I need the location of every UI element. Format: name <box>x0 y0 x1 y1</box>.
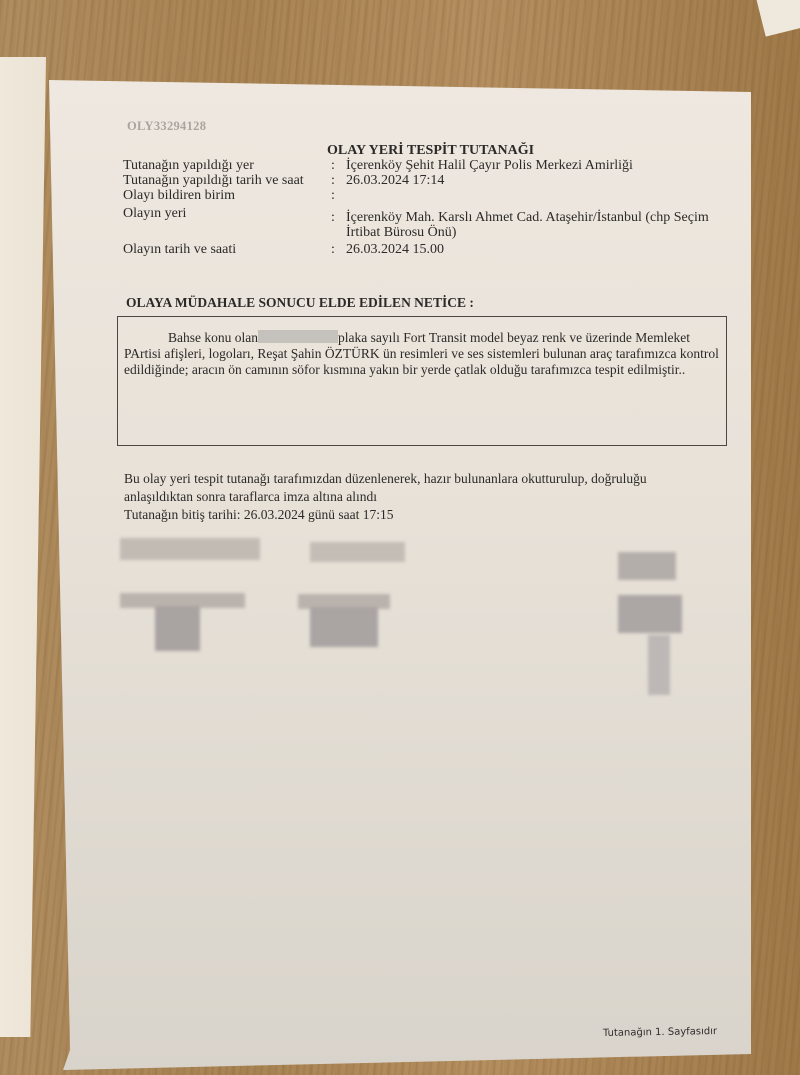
info-label: Tutanağın yapıldığı tarih ve saat <box>123 173 328 188</box>
closing-line: anlaşıldıktan sonra taraflarca imza altı… <box>124 488 724 506</box>
redacted-plate-number <box>258 330 338 343</box>
closing-line: Bu olay yeri tespit tutanağı tarafımızda… <box>124 470 724 488</box>
info-colon: : <box>331 188 335 203</box>
info-value: 26.03.2024 15.00 <box>346 242 731 257</box>
document-title: OLAY YERİ TESPİT TUTANAĞI <box>327 143 534 159</box>
result-text-start: Bahse konu olan <box>168 330 258 345</box>
info-value: 26.03.2024 17:14 <box>346 173 731 188</box>
info-label: Olayın tarih ve saati <box>123 242 328 257</box>
redacted-signature-3 <box>618 540 708 700</box>
info-value: İçerenköy Şehit Halil Çayır Polis Merkez… <box>346 158 731 173</box>
section-heading: OLAYA MÜDAHALE SONUCU ELDE EDİLEN NETİCE… <box>126 295 474 311</box>
info-value: İçerenköy Mah. Karslı Ahmet Cad. Ataşehi… <box>346 210 731 240</box>
info-colon: : <box>331 173 335 188</box>
redacted-signature-1 <box>120 538 280 668</box>
info-label: Olayı bildiren birim <box>123 188 328 203</box>
background-paper-sheet <box>0 57 46 1037</box>
redacted-signature-2 <box>298 542 428 672</box>
info-colon: : <box>331 210 335 225</box>
info-label: Tutanağın yapıldığı yer <box>123 158 328 173</box>
result-text: Bahse konu olanplaka sayılı Fort Transit… <box>124 330 724 378</box>
closing-statement: Bu olay yeri tespit tutanağı tarafımızda… <box>124 470 724 524</box>
background-paper-corner <box>756 0 800 37</box>
info-colon: : <box>331 158 335 173</box>
info-colon: : <box>331 242 335 257</box>
closing-end-time: Tutanağın bitiş tarihi: 26.03.2024 günü … <box>124 506 724 524</box>
page-footer: Tutanağın 1. Sayfasıdır <box>603 1026 717 1039</box>
document-id: OLY33294128 <box>127 119 206 134</box>
info-label: Olayın yeri <box>123 206 328 221</box>
